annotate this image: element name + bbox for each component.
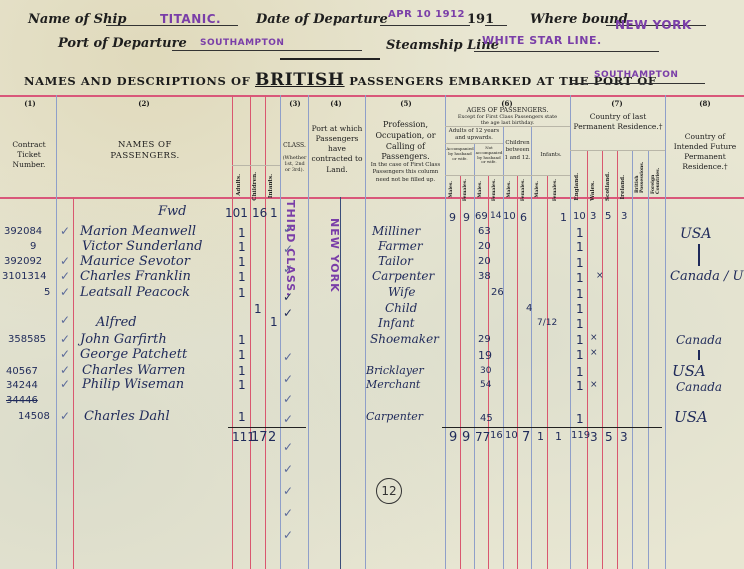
total-england: 119	[571, 430, 590, 441]
heading-intended-residence: Country of Intended Future Permanent Res…	[672, 132, 738, 173]
check-mark: ✓	[60, 347, 70, 361]
port-to-land-stamp: NEW YORK	[328, 218, 341, 293]
col-divider	[250, 95, 251, 569]
title-prefix: NAMES AND DESCRIPTIONS OF	[24, 74, 250, 88]
intended-residence: USA	[672, 362, 706, 380]
heading-female: Females.	[521, 179, 526, 201]
total-infants: 2	[268, 430, 276, 445]
heading-infants: Infants.	[268, 174, 274, 198]
col-number-3: (3)	[285, 99, 305, 108]
age: 26	[491, 287, 504, 298]
cross-mark: ×	[590, 380, 598, 390]
date-underline	[380, 25, 470, 26]
col-divider	[632, 150, 633, 569]
country-mark: 1	[576, 271, 584, 285]
line-underline	[474, 51, 659, 52]
intended-residence: Canada	[676, 380, 722, 394]
country-mark: 1	[576, 256, 584, 270]
adult-count: 1	[238, 255, 246, 269]
forward-children: 16	[252, 206, 267, 220]
forward-ireland: 3	[621, 211, 627, 222]
occupation: Carpenter	[366, 410, 423, 423]
forward-scotland: 5	[605, 211, 611, 222]
col-number-8: (8)	[695, 99, 715, 108]
passenger-name: John Garfirth	[80, 332, 167, 347]
forward-age-3: 14	[490, 211, 501, 221]
intended-residence: Canada	[676, 333, 722, 347]
title-nationality: BRITISH	[255, 70, 345, 90]
heading-infants-age: Infants.	[532, 152, 570, 159]
ditto-mark	[698, 244, 700, 266]
check-mark: ✓	[60, 409, 70, 423]
country-mark: 1	[576, 333, 584, 347]
forward-label: Fwd	[158, 204, 186, 219]
col-divider	[445, 95, 446, 569]
check-mark: ✓	[283, 242, 293, 256]
check-mark: ✓	[283, 290, 293, 304]
year-underline	[485, 25, 507, 26]
port-underline	[172, 50, 362, 51]
date-value-stamp: APR 10 1912	[388, 9, 465, 20]
occupation: Farmer	[378, 239, 423, 253]
total-ireland: 3	[620, 430, 628, 444]
col-number-7: (7)	[607, 99, 627, 108]
heading-accompanied: Accompanied by husband or wife.	[446, 147, 474, 161]
check-mark: ✓	[60, 363, 70, 377]
adult-count: 1	[238, 270, 246, 284]
ticket-number: 392084	[4, 226, 42, 237]
occupation: Carpenter	[372, 269, 434, 283]
heading-ticket: Contract Ticket Number.	[4, 140, 54, 170]
forward-age-1: 9	[463, 211, 470, 224]
heading-children-1-12: Children between 1 and 12.	[504, 140, 531, 162]
country-mark: 1	[576, 317, 584, 331]
heading-female: Females.	[553, 179, 558, 201]
check-mark: ✓	[283, 222, 293, 236]
col-divider	[308, 95, 309, 569]
ticket-number: 34244	[6, 380, 38, 391]
subheader-rule	[232, 165, 280, 166]
check-mark: ✓	[283, 412, 293, 426]
heading-class: CLASS.	[281, 142, 308, 150]
table-top-rule	[0, 95, 744, 97]
country-mark: 1	[576, 348, 584, 362]
occupation: Merchant	[366, 378, 420, 391]
total-wales: 3	[590, 430, 598, 444]
heading-male: Males.	[478, 181, 483, 198]
passenger-name: Victor Sunderland	[82, 239, 202, 254]
intended-residence: Canada / USA	[670, 269, 744, 284]
check-mark: ✓	[283, 506, 293, 520]
adult-count: 1	[238, 378, 246, 392]
col-divider	[665, 95, 666, 569]
total-age-0: 9	[449, 430, 457, 445]
date-label: Date of Departure	[256, 12, 388, 27]
total-age-6: 1	[537, 430, 544, 443]
forward-adults: 101	[225, 206, 248, 220]
adult-count: 1	[238, 286, 246, 300]
passenger-name: Alfred	[96, 315, 137, 330]
country-mark: 1	[576, 302, 584, 316]
col-divider	[265, 95, 266, 569]
child-count: 1	[254, 302, 262, 316]
passenger-name: Maurice Sevotor	[80, 254, 190, 269]
heading-female: Females.	[463, 179, 468, 201]
passenger-name: Leatsall Peacock	[80, 285, 190, 300]
country-mark: 1	[576, 287, 584, 301]
age: 38	[478, 271, 491, 282]
age: 20	[478, 256, 491, 267]
country-mark: 1	[576, 365, 584, 379]
check-mark: ✓	[283, 484, 293, 498]
ticket-number: 358585	[8, 334, 46, 345]
forward-age-7: 1	[560, 211, 567, 224]
occupation: Child	[385, 301, 417, 315]
adult-count: 1	[238, 333, 246, 347]
heading-male: Males.	[535, 181, 540, 198]
heading-class-sub: (Whether 1st, 2nd or 3rd).	[281, 155, 308, 173]
total-age-5: 7	[522, 430, 530, 445]
cross-mark: ×	[590, 333, 598, 343]
col-divider	[531, 126, 532, 569]
ship-value-stamp: TITANIC.	[160, 12, 221, 26]
heading-ages-sub: Except for First Class Passengers state …	[455, 114, 560, 126]
check-mark: ✓	[60, 269, 70, 283]
check-mark: ✓	[60, 332, 70, 346]
total-rule-right	[442, 427, 662, 428]
heading-adults-12: Adults of 12 years and upwards.	[446, 128, 502, 143]
adult-count: 1	[238, 364, 246, 378]
heading-adults: Adults.	[236, 174, 242, 196]
heading-scotland: Scotland.	[605, 172, 611, 201]
heading-male: Males.	[449, 181, 454, 198]
ticket-number: 5	[44, 287, 50, 298]
ticket-number: 40567	[6, 366, 38, 377]
intended-residence: USA	[674, 408, 708, 426]
col-divider	[73, 197, 74, 569]
adult-count: 1	[238, 348, 246, 362]
title-port-underline	[570, 83, 705, 84]
subheader-rule	[570, 150, 665, 151]
col-divider	[365, 95, 366, 569]
heading-wales: Wales.	[590, 181, 596, 201]
ticket-number: 14508	[18, 411, 50, 422]
col-divider	[587, 150, 588, 569]
heading-country-last: Country of last Permanent Residence.†	[572, 112, 664, 132]
heading-profession: Profession, Occupation, or Calling of Pa…	[368, 120, 443, 163]
occupation: Wife	[388, 285, 416, 299]
col-number-2: (2)	[134, 99, 154, 108]
age: 19	[478, 349, 492, 362]
occupation: Tailor	[378, 254, 413, 268]
cross-mark: ×	[590, 348, 598, 358]
col-divider	[503, 126, 504, 569]
check-mark: ✓	[283, 372, 293, 386]
heading-british-possessions: British Possessions.	[635, 155, 647, 193]
check-mark: ✓	[283, 262, 293, 276]
col-number-1: (1)	[20, 99, 40, 108]
subheader-rule	[445, 143, 503, 144]
passenger-name: Charles Franklin	[80, 269, 191, 284]
forward-age-5: 6	[520, 211, 527, 224]
adult-count: 1	[238, 410, 246, 424]
infant-count: 1	[270, 315, 278, 329]
col-divider	[517, 175, 518, 569]
age: 45	[480, 413, 493, 424]
passenger-name: George Patchett	[80, 347, 187, 362]
forward-age-2: 69	[475, 211, 488, 222]
port-label: Port of Departure	[58, 36, 187, 51]
col-divider	[460, 175, 461, 569]
header-rule	[280, 58, 380, 60]
age: 54	[480, 380, 491, 390]
country-mark: 1	[576, 240, 584, 254]
age: 29	[478, 334, 491, 345]
forward-age-0: 9	[449, 211, 456, 224]
heading-profession-sub: In the case of First Class Passengers th…	[367, 162, 444, 184]
age: 63	[478, 226, 491, 237]
heading-foreign-countries: Foreign Countries.	[651, 158, 663, 194]
total-scotland: 5	[605, 430, 613, 444]
occupation: Infant	[378, 316, 415, 330]
manifest-title: NAMES AND DESCRIPTIONS OF BRITISH PASSEN…	[24, 70, 657, 90]
ticket-number: 3101314	[2, 271, 47, 282]
heading-names: NAMES OF PASSENGERS.	[90, 140, 200, 163]
col-divider	[602, 150, 603, 569]
check-mark: ✓	[60, 313, 70, 327]
port-value-stamp: SOUTHAMPTON	[200, 38, 284, 48]
forward-infants: 1	[270, 206, 278, 220]
heading-male: Males.	[507, 181, 512, 198]
col-divider	[648, 150, 649, 569]
col-divider	[570, 95, 571, 569]
age: 20	[478, 241, 491, 252]
occupation: Shoemaker	[370, 332, 439, 346]
col-divider	[547, 175, 548, 569]
passenger-name: Philip Wiseman	[82, 377, 184, 392]
age: 4	[526, 303, 532, 314]
heading-port-to-land: Port at which Passengers have contracted…	[310, 124, 364, 175]
total-age-4: 10	[505, 430, 518, 441]
col-number-4: (4)	[326, 99, 346, 108]
col-divider	[617, 150, 618, 569]
check-mark: ✓	[60, 285, 70, 299]
check-mark: ✓	[60, 224, 70, 238]
heading-children: Children.	[252, 172, 258, 201]
occupation: Bricklayer	[366, 364, 424, 377]
passenger-name: Charles Dahl	[84, 409, 170, 424]
total-age-2: 77	[475, 430, 490, 444]
heading-england: England.	[574, 173, 580, 200]
heading-ireland: Ireland.	[620, 175, 626, 199]
total-age-1: 9	[462, 430, 470, 445]
adult-count: 1	[238, 226, 246, 240]
cross-mark: ×	[596, 271, 604, 281]
forward-wales: 3	[590, 211, 596, 222]
check-mark: ✓	[283, 392, 293, 406]
check-mark: ✓	[283, 462, 293, 476]
total-rule-left	[228, 427, 306, 428]
country-mark: 1	[576, 379, 584, 393]
check-mark: ✓	[283, 350, 293, 364]
ticket-number: 9	[30, 241, 36, 252]
forward-england: 10	[573, 211, 586, 222]
total-children: 17	[251, 430, 268, 445]
check-mark: ✓	[60, 377, 70, 391]
col-number-5: (5)	[396, 99, 416, 108]
title-port-stamp: SOUTHAMPTON	[594, 70, 678, 80]
check-mark: ✓	[60, 254, 70, 268]
adult-count: 1	[238, 240, 246, 254]
subheader-rule	[445, 126, 570, 127]
subheader-rule	[445, 175, 570, 176]
country-mark: 1	[576, 226, 584, 240]
passenger-name: Charles Warren	[82, 363, 185, 378]
check-mark: ✓	[283, 528, 293, 542]
col-divider	[474, 143, 475, 569]
passenger-name: Marion Meanwell	[80, 224, 196, 239]
bound-value-stamp: NEW YORK	[615, 18, 692, 32]
country-mark: 1	[576, 412, 584, 426]
intended-residence: USA	[680, 226, 712, 242]
heading-not-accompanied: Not accompanied by husband or wife.	[475, 146, 503, 165]
col-divider	[232, 95, 233, 569]
heading-female: Females.	[492, 179, 497, 201]
page-number: 12	[376, 478, 402, 504]
col-divider	[56, 95, 57, 569]
age: 7/12	[537, 318, 557, 328]
check-mark: ✓	[283, 440, 293, 454]
occupation: Milliner	[372, 224, 420, 238]
forward-age-4: 10	[503, 211, 516, 222]
total-age-7: 1	[555, 430, 562, 443]
ditto-mark	[698, 350, 700, 360]
check-mark: ✓	[283, 306, 293, 320]
struck-ticket-number: 34446	[6, 395, 38, 406]
ticket-number: 392092	[4, 256, 42, 267]
age: 30	[480, 366, 491, 376]
total-age-3: 16	[490, 430, 503, 441]
line-value-stamp: WHITE STAR LINE.	[482, 34, 602, 47]
